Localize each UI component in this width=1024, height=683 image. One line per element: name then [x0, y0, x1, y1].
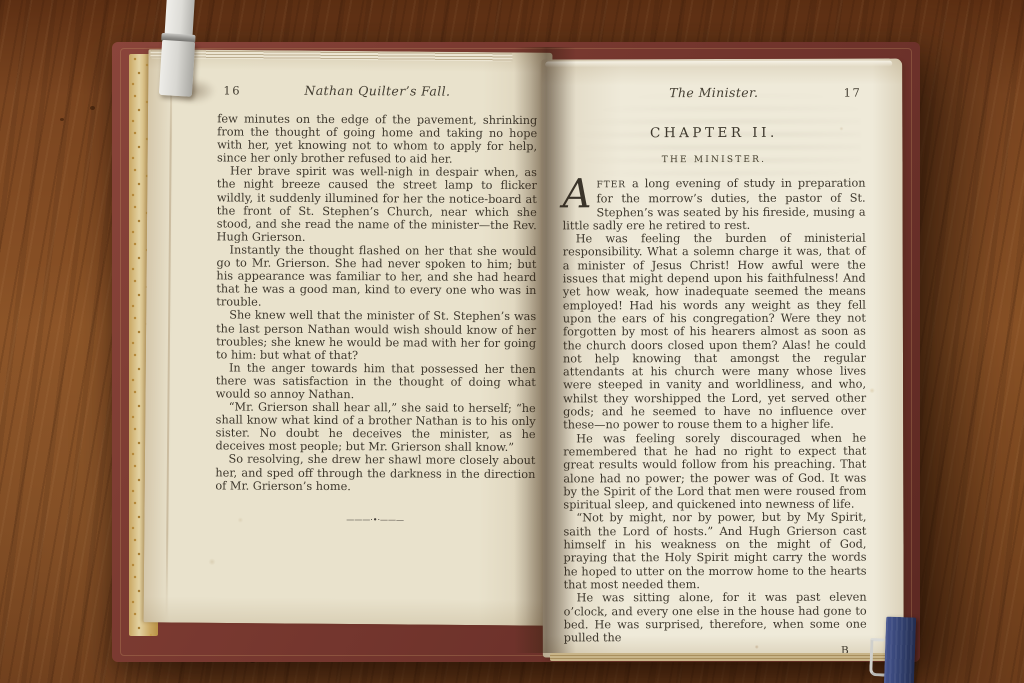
tailpiece-ornament: ———·•·——— [215, 514, 535, 525]
paragraph: He was sitting alone, for it was past el… [564, 591, 867, 645]
clip-body [884, 617, 916, 683]
paragraph: In the anger towards him that possessed … [216, 361, 536, 402]
paragraph: Her brave spirit was well-nigh in despai… [217, 165, 537, 245]
paragraph: He was feeling the burden of ministerial… [563, 232, 867, 432]
left-page-header: 16 Nathan Quilter’s Fall. [217, 82, 537, 108]
page-number-right: 17 [844, 86, 862, 100]
blue-clothespin [878, 616, 918, 683]
right-page: The Minister. 17 CHAPTER II. THE MINISTE… [541, 59, 904, 658]
running-head-right: The Minister. [562, 85, 865, 101]
paragraph: few minutes on the edge of the pavement,… [217, 112, 537, 166]
paragraph: She knew well that the minister of St. S… [216, 309, 536, 363]
running-head-left: Nathan Quilter’s Fall. [217, 82, 537, 99]
paragraph: “Not by might, nor by power, but by My S… [563, 511, 866, 592]
paragraph: Instantly the thought flashed on her tha… [216, 243, 536, 310]
opening-small-caps: FTER [596, 180, 626, 190]
white-clothespin [158, 0, 201, 97]
paragraph: He was feeling sorely discouraged when h… [563, 431, 866, 512]
drop-cap: A [563, 177, 597, 215]
right-page-header: The Minister. 17 [562, 85, 865, 110]
paragraph: “Mr. Grierson shall hear all,” she said … [216, 400, 536, 454]
bottom-page-edges [550, 653, 898, 661]
left-page-body: few minutes on the edge of the pavement,… [215, 112, 537, 493]
page-number-left: 16 [223, 83, 241, 97]
left-page: 16 Nathan Quilter’s Fall. few minutes on… [144, 49, 553, 626]
right-page-body: AFTER a long evening of study in prepara… [563, 177, 867, 645]
paragraph: So resolving, she drew her shawl more cl… [215, 453, 535, 494]
right-page-text-block: The Minister. 17 CHAPTER II. THE MINISTE… [562, 85, 866, 658]
clothespin-upper-jaw [165, 0, 196, 37]
chapter-subtitle: THE MINISTER. [562, 155, 865, 166]
wood-knot-speck [90, 106, 95, 110]
wood-knot-speck [60, 118, 64, 121]
photo-of-open-book: 16 Nathan Quilter’s Fall. few minutes on… [0, 0, 1024, 683]
left-page-text-block: 16 Nathan Quilter’s Fall. few minutes on… [215, 82, 537, 524]
opening-paragraph: AFTER a long evening of study in prepara… [563, 177, 866, 233]
open-book: 16 Nathan Quilter’s Fall. few minutes on… [112, 42, 920, 662]
clothespin-lower-jaw [159, 40, 195, 97]
chapter-heading: CHAPTER II. [562, 125, 865, 142]
